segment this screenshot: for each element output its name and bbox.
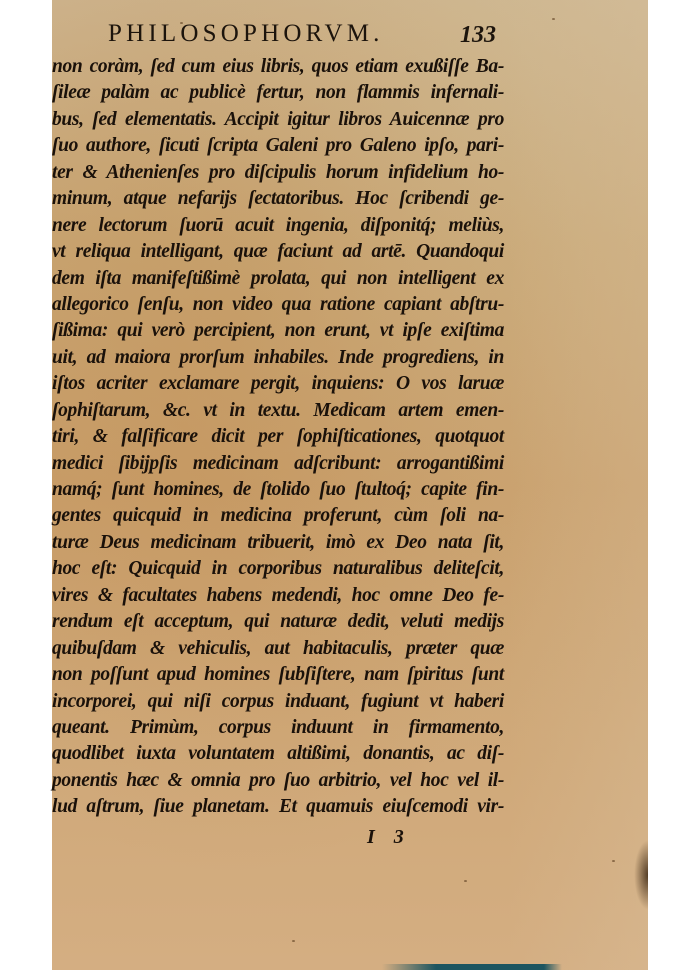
text-line: rendum eſt acceptum, qui naturæ dedit, v… <box>52 609 504 635</box>
text-line: ſuo authore, ſicuti ſcripta Galeni pro G… <box>52 133 504 159</box>
text-line: medici ſibiјpſis medicinam adſcribunt: a… <box>52 451 504 477</box>
text-line: iſtos acriter exclamare pergit, inquiens… <box>52 371 504 397</box>
body-text: non coràm, ſed cum eius libris, quos eti… <box>52 54 504 821</box>
text-line: tiri, & falſificare dicit per ſophiſtica… <box>52 424 504 450</box>
text-line: dem iſta manifeſtißimè prolata, qui non … <box>52 266 504 292</box>
text-line: allegorico ſenſu, non video qua ratione … <box>52 292 504 318</box>
text-line: lud aſtrum, ſiue planetam. Et quamuis ei… <box>52 794 504 820</box>
signature-mark: I 3 <box>367 826 404 849</box>
paper-speck <box>612 860 615 862</box>
text-line: namq́; ſunt homines, de ſtolido ſuo ſtul… <box>52 477 504 503</box>
text-line: non poſſunt apud homines ſubſiſtere, nam… <box>52 662 504 688</box>
text-line: ponentis hæc & omnia pro ſuo arbitrio, v… <box>52 768 504 794</box>
page-header: PHILOSOPHORVM. 133 <box>52 20 502 52</box>
text-line: incorporei, qui niſi corpus induant, fug… <box>52 689 504 715</box>
text-line: quibuſdam & vehiculis, aut habitaculis, … <box>52 636 504 662</box>
text-line: quodlibet iuxta voluntatem altißimi, don… <box>52 741 504 767</box>
text-line: turæ Deus medicinam tribuerit, imò ex De… <box>52 530 504 556</box>
running-title: PHILOSOPHORVM. <box>108 20 384 48</box>
page-lighting <box>508 0 648 970</box>
text-line: vt reliqua intelligant, quæ faciunt ad a… <box>52 239 504 265</box>
paper-speck <box>552 18 555 20</box>
text-line: bus, ſed elementatis. Accipit igitur lib… <box>52 107 504 133</box>
text-line: hoc eſt: Quicquid in corporibus naturali… <box>52 556 504 582</box>
text-line: gentes quicquid in medicina proferunt, c… <box>52 503 504 529</box>
paper-speck <box>464 880 467 882</box>
text-line: queant. Primùm, corpus induunt in firmam… <box>52 715 504 741</box>
text-line: ſileæ palàm ac publicè fertur, non flamm… <box>52 80 504 106</box>
text-line: ſißima: qui verò percipient, non erunt, … <box>52 318 504 344</box>
text-line: uit, ad maiora prorſum inhabiles. Inde p… <box>52 345 504 371</box>
text-line: non coràm, ſed cum eius libris, quos eti… <box>52 54 504 80</box>
text-line: ſophiſtarum, &c. vt in textu. Medicam ar… <box>52 398 504 424</box>
page-number: 133 <box>460 22 496 49</box>
text-line: minum, atque nefariјs ſectatoribus. Hoc … <box>52 186 504 212</box>
text-line: nere lectorum ſuorū acuit ingenia, diſpo… <box>52 213 504 239</box>
bookmark-tab <box>382 964 562 970</box>
text-line: vires & facultates habens medendi, hoc o… <box>52 583 504 609</box>
page-edge-shadow <box>634 840 648 910</box>
text-line: ter & Athenienſes pro diſcipulis horum i… <box>52 160 504 186</box>
paper-speck <box>292 940 295 942</box>
